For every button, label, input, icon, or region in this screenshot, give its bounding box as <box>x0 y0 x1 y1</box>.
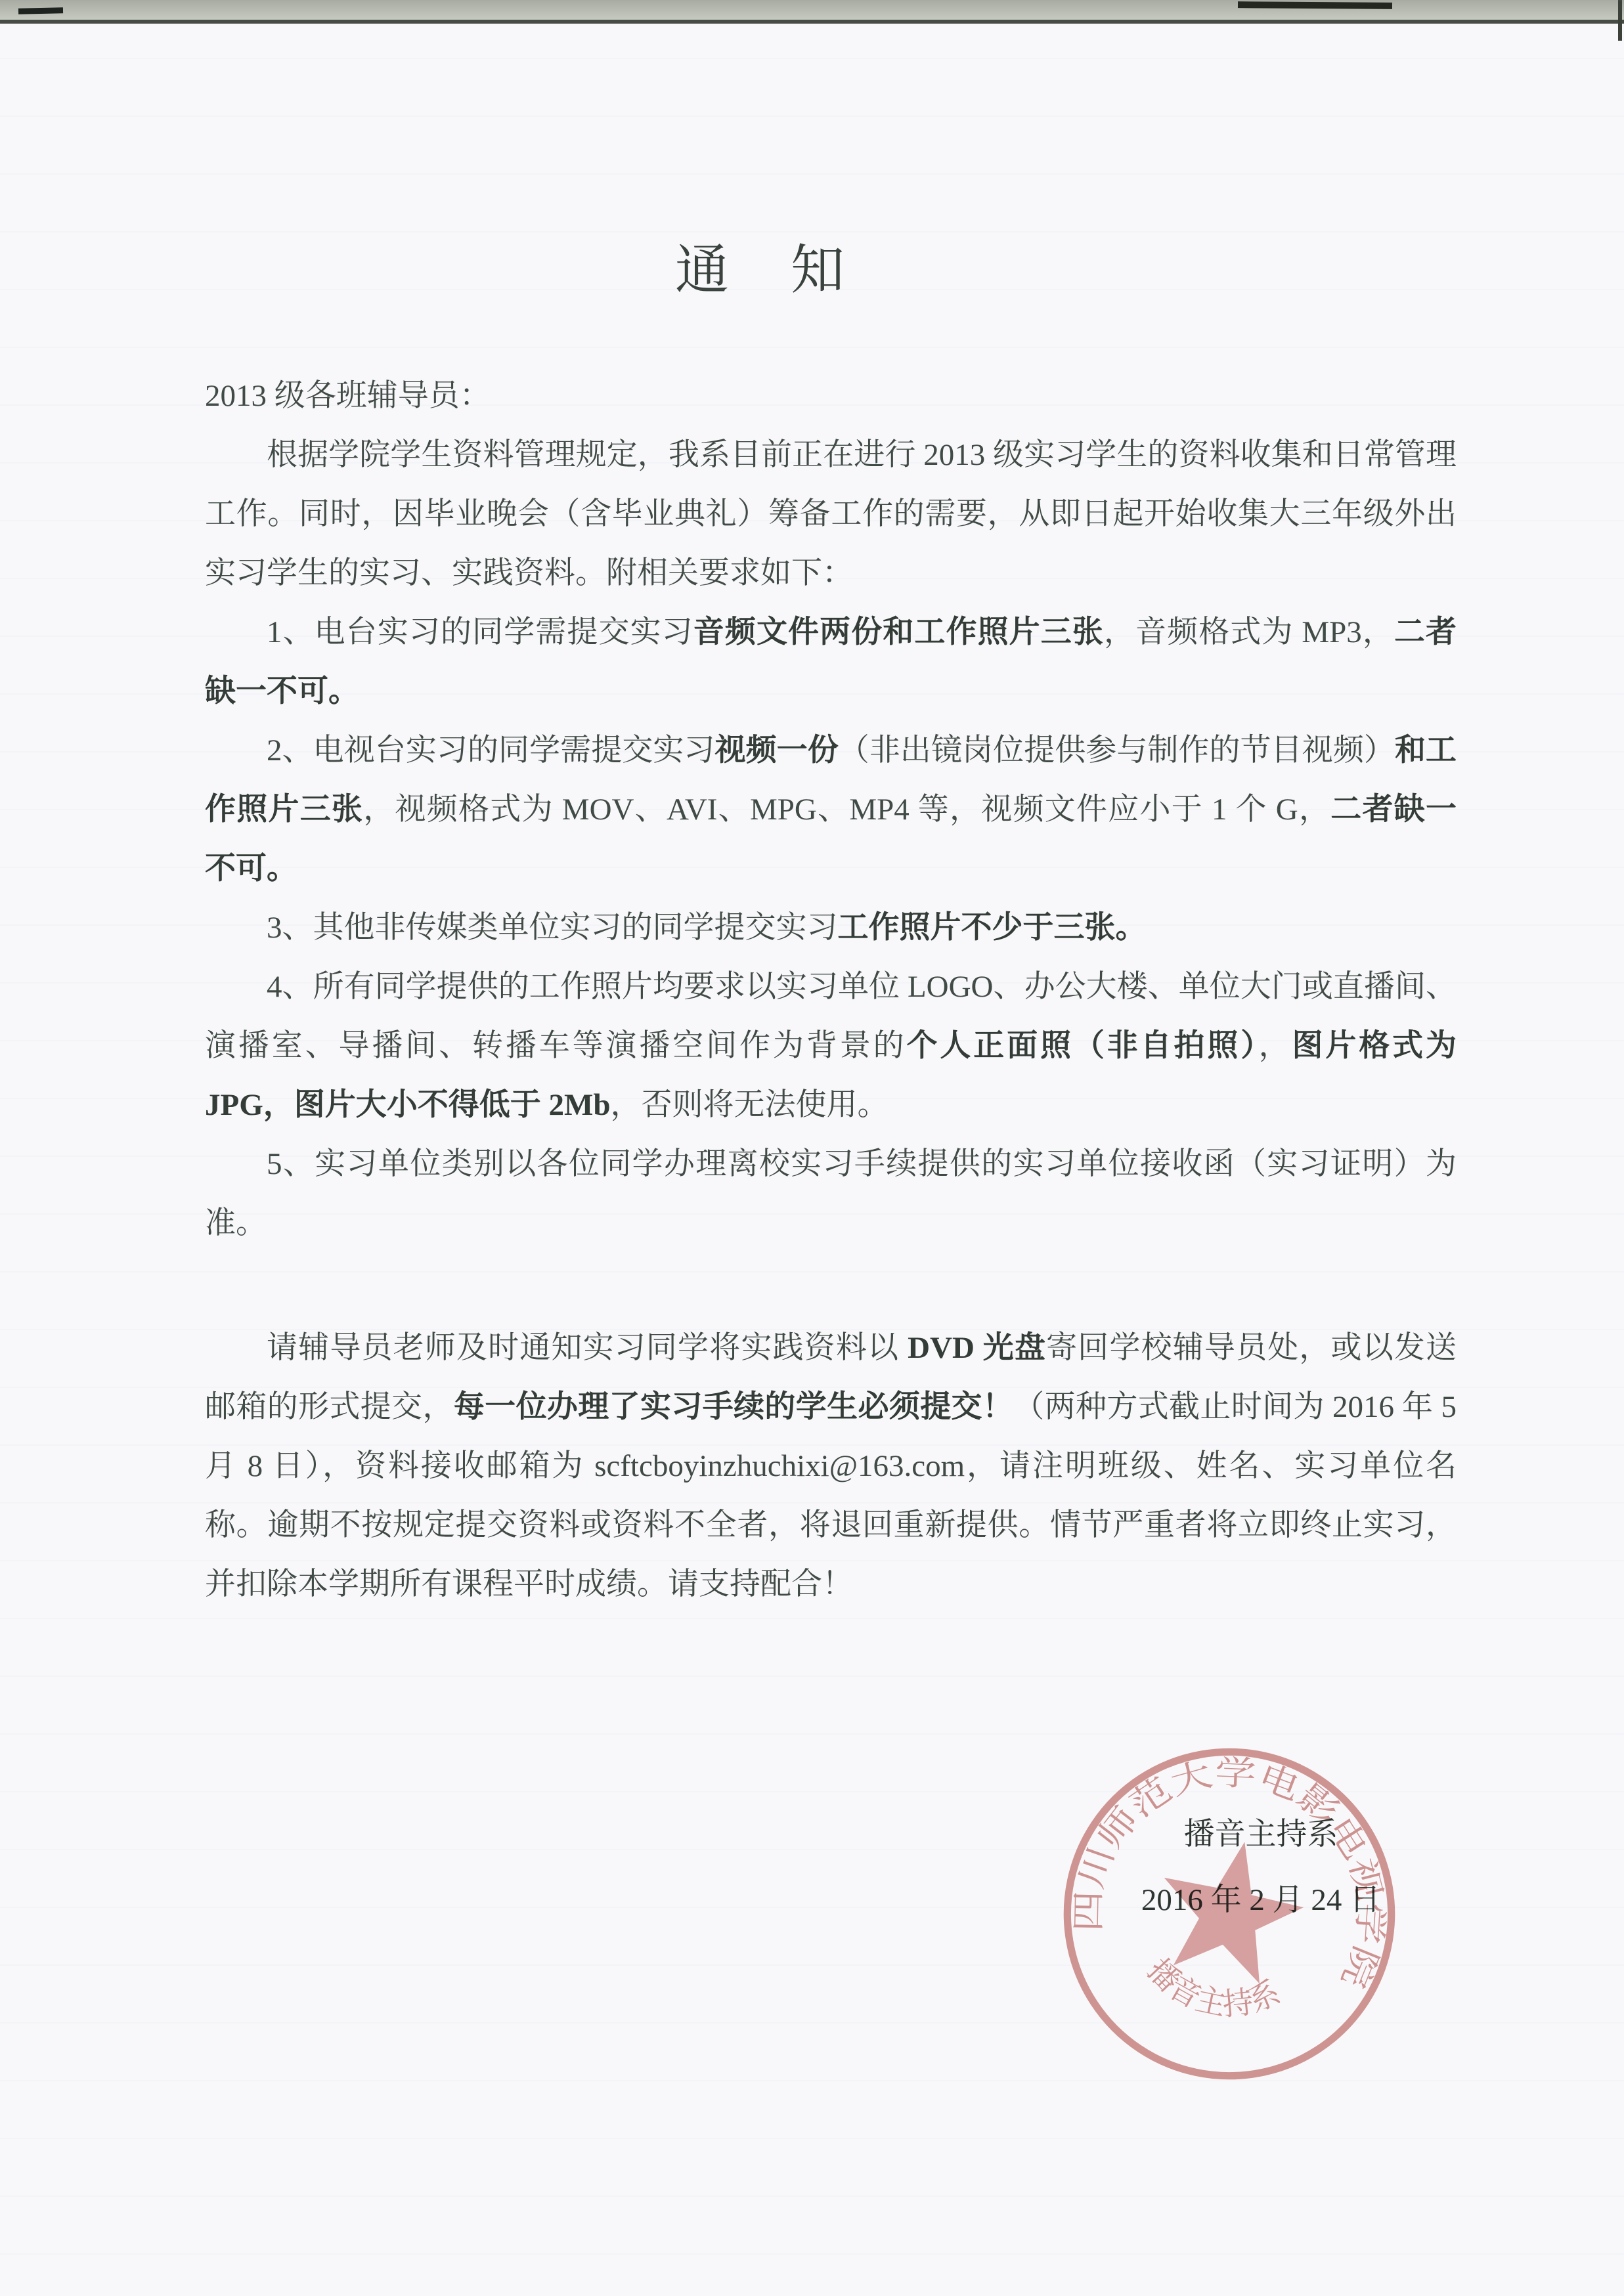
seal-bottom-text: 播音主持系 <box>1135 1949 1291 2035</box>
paragraph-item-2: 2、电视台实习的同学需提交实习视频一份（非出镜岗位提供参与制作的节目视频）和工作… <box>205 721 1457 898</box>
scan-artifact-mark <box>1238 1 1392 9</box>
department-seal-stamp: 四川师范大学电影电视学院 播音主持系 <box>1023 1708 1436 2121</box>
emphasized-text: 音频文件两份和工作照片三张 <box>693 615 1104 649</box>
paragraph-item-5: 5、实习单位类别以各位同学办理离校实习手续提供的实习单位接收函（实习证明）为准。 <box>205 1135 1457 1253</box>
paragraph-item-3: 3、其他非传媒类单位实习的同学提交实习工作照片不少于三张。 <box>205 898 1457 957</box>
body-text: 1、电台实习的同学需提交实习 <box>267 615 693 649</box>
notice-body: 2013 级各班辅导员： 根据学院学生资料管理规定，我系目前正在进行 2013 … <box>205 366 1457 1614</box>
body-text: 3、其他非传媒类单位实习的同学提交实习 <box>267 911 838 945</box>
emphasized-text: 视频一份 <box>715 733 839 768</box>
body-text: 根据学院学生资料管理规定，我系目前正在进行 2013 级实习学生的资料收集和日常… <box>205 438 1457 590</box>
paragraph-intro: 根据学院学生资料管理规定，我系目前正在进行 2013 级实习学生的资料收集和日常… <box>205 425 1457 603</box>
paragraph-item-1: 1、电台实习的同学需提交实习音频文件两份和工作照片三张，音频格式为 MP3，二者… <box>205 603 1457 721</box>
paragraph-item-4: 4、所有同学提供的工作照片均要求以实习单位 LOGO、办公大楼、单位大门或直播间… <box>205 957 1457 1135</box>
emphasized-text: 工作照片不少于三张。 <box>838 911 1147 945</box>
body-text: （非出镜岗位提供参与制作的节目视频） <box>839 733 1395 768</box>
scan-artifact-mark <box>18 7 63 14</box>
body-text: 请辅导员老师及时通知实习同学将实践资料以 <box>267 1331 908 1365</box>
emphasized-text: DVD 光盘 <box>908 1331 1046 1365</box>
page-title: 通 知 <box>0 227 1524 304</box>
scan-artifact-right-edge <box>1618 0 1622 41</box>
body-text: 2、电视台实习的同学需提交实习 <box>267 733 715 768</box>
emphasized-text: 个人正面照（非自拍照） <box>906 1029 1258 1063</box>
svg-text:播音主持系: 播音主持系 <box>1135 1949 1291 2035</box>
salutation: 2013 级各班辅导员： <box>205 366 1457 425</box>
scan-artifact-top-band <box>0 0 1624 24</box>
emphasized-text: 每一位办理了实习手续的学生必须提交！ <box>454 1390 1013 1424</box>
body-text: 5、实习单位类别以各位同学办理离校实习手续提供的实习单位接收函（实习证明）为准。 <box>205 1147 1457 1240</box>
paragraph-closing: 请辅导员老师及时通知实习同学将实践资料以 DVD 光盘寄回学校辅导员处，或以发送… <box>205 1318 1457 1614</box>
body-text: ， <box>1259 1029 1292 1063</box>
scanned-notice-page: 通 知 2013 级各班辅导员： 根据学院学生资料管理规定，我系目前正在进行 2… <box>0 0 1624 2296</box>
body-text: ，音频格式为 MP3， <box>1104 615 1394 649</box>
body-text: ，视频格式为 MOV、AVI、MPG、MP4 等，视频文件应小于 1 个 G， <box>363 792 1330 827</box>
body-text: ，否则将无法使用。 <box>611 1088 889 1122</box>
